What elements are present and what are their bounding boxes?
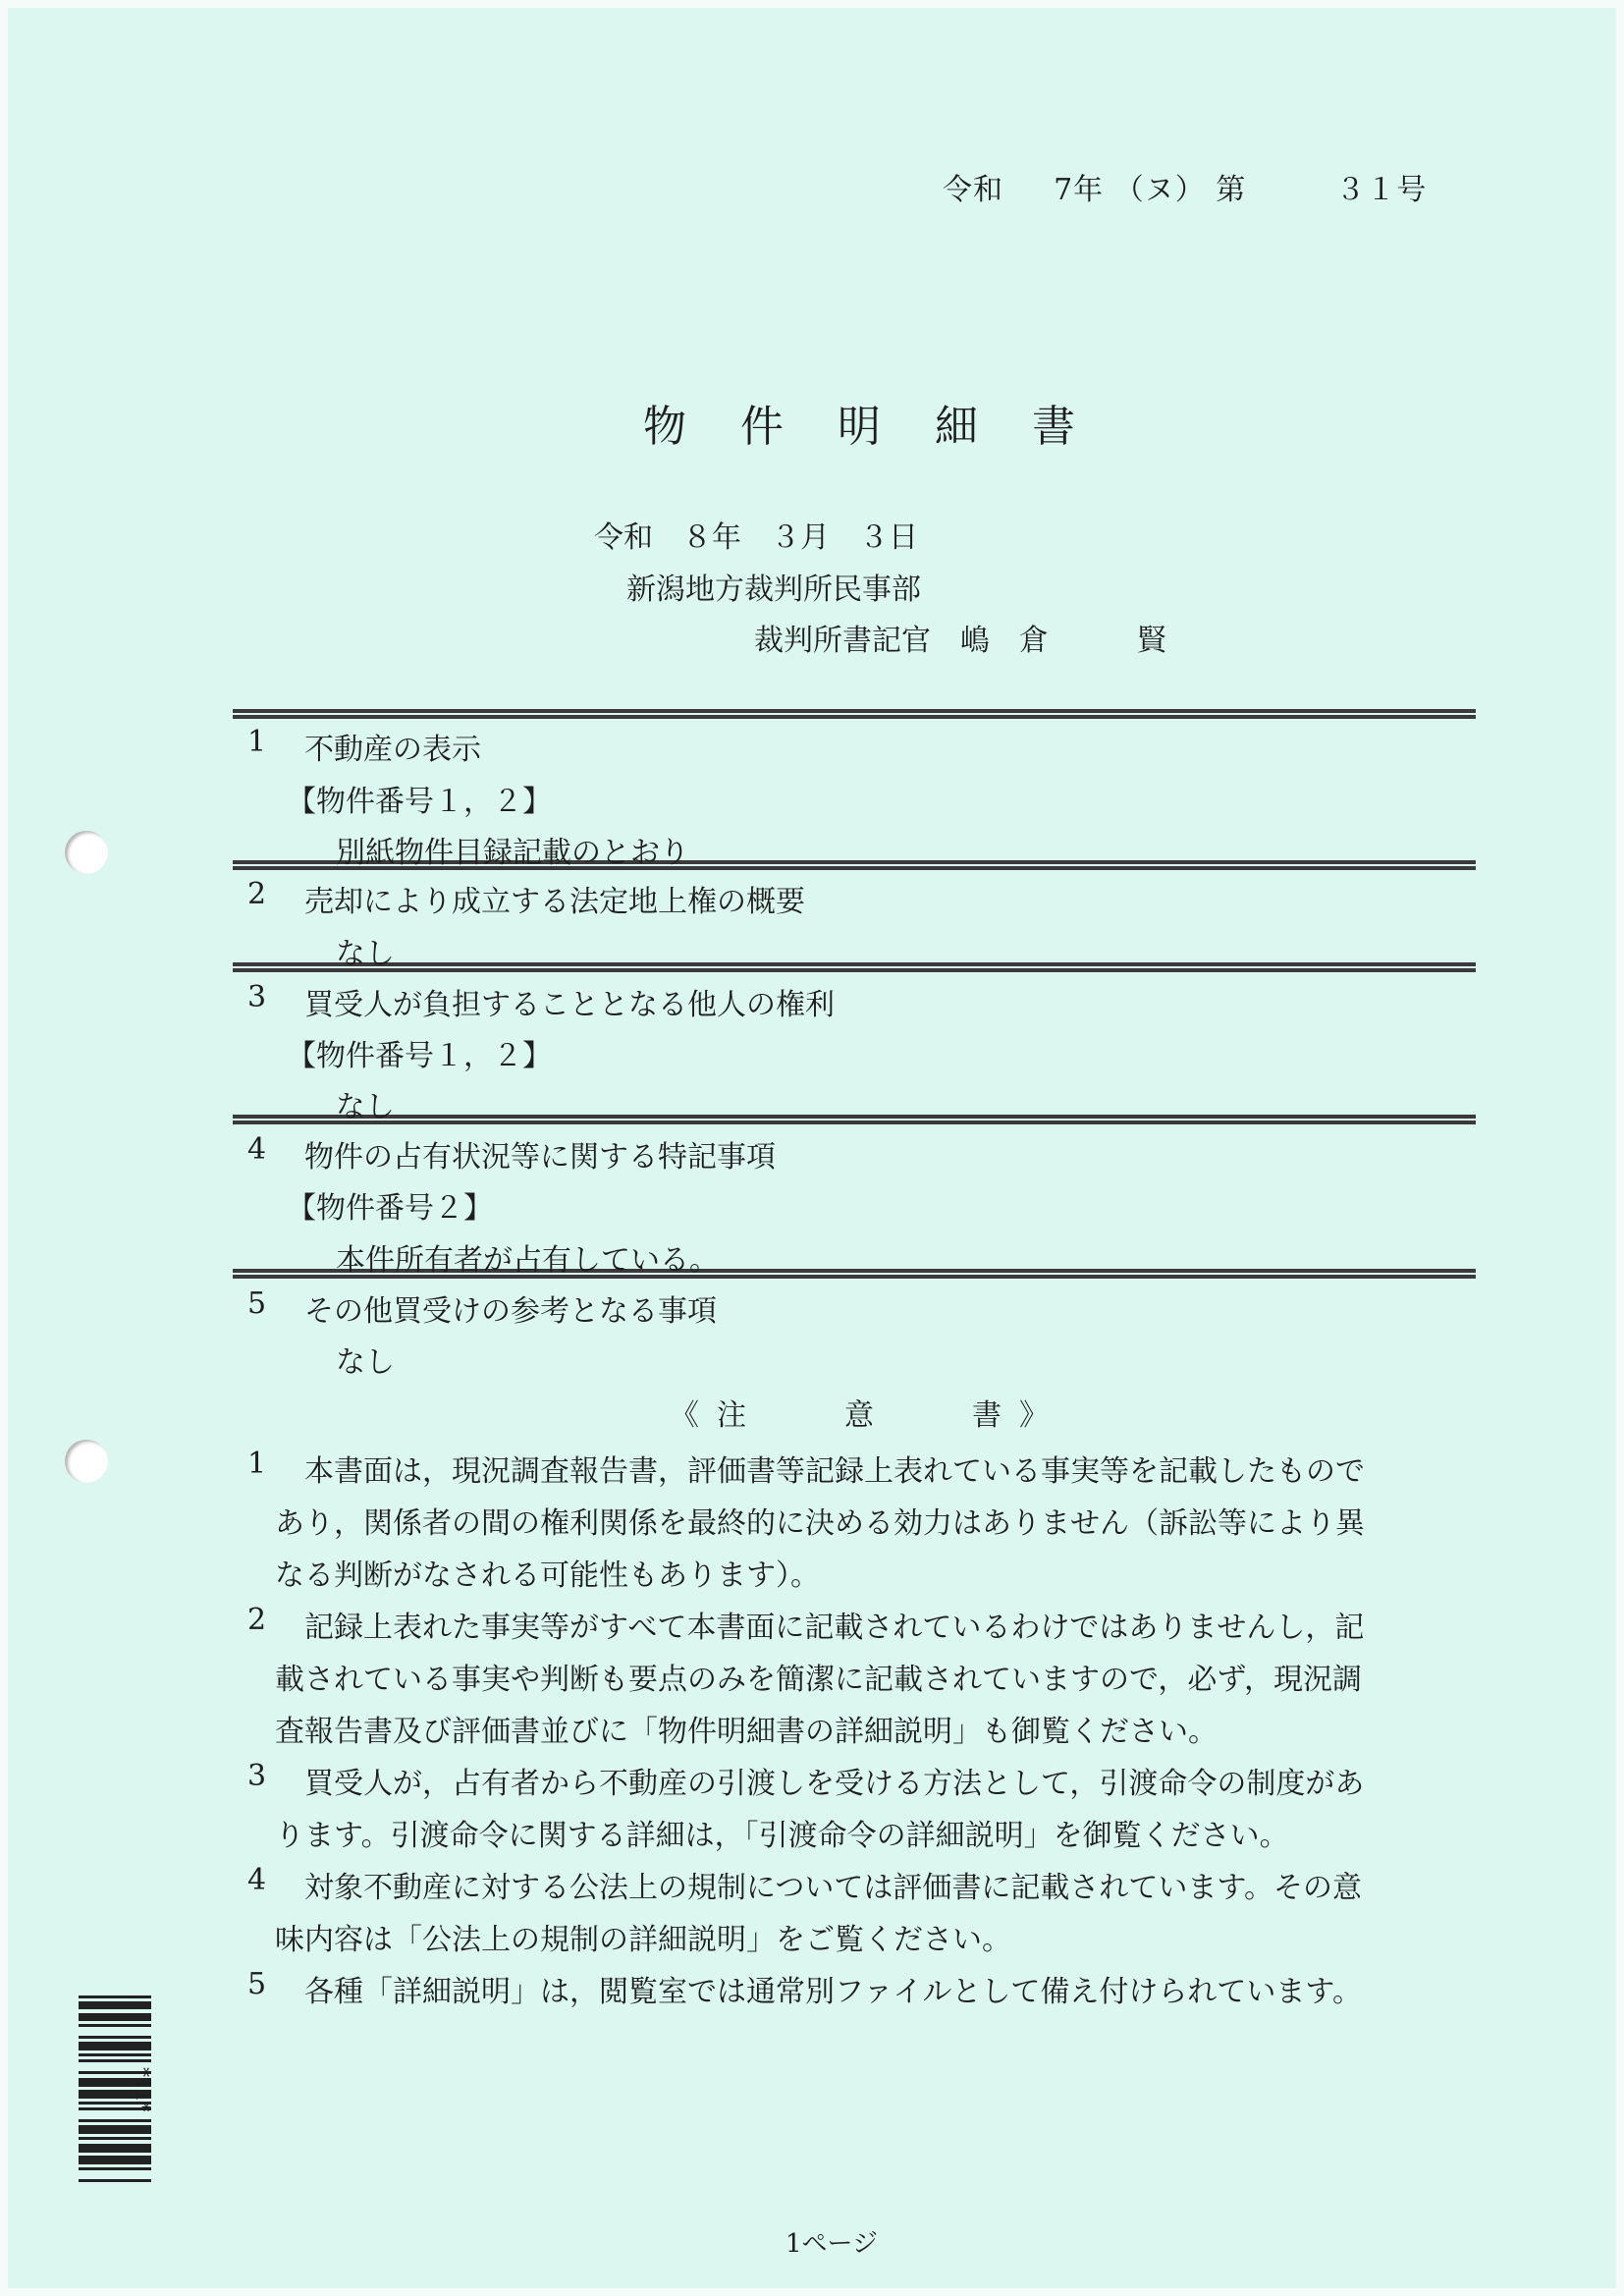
title-char: 件: [740, 391, 838, 454]
case-type: （ヌ）: [1114, 165, 1206, 208]
notice-number: 2: [247, 1603, 266, 1637]
issue-date: 令和 ８年 ３月 ３日: [594, 513, 918, 556]
section-number: 2: [247, 877, 266, 911]
notice-line: あり，関係者の間の権利関係を最終的に決める効力はありません（訴訟等により異: [275, 1499, 1365, 1542]
page-title: 物件明細書: [643, 391, 1129, 454]
title-char: 細: [935, 391, 1032, 454]
title-char: 明: [838, 391, 935, 454]
section-body: 本件所有者が占有している。: [336, 1235, 719, 1279]
section-number: 3: [247, 980, 266, 1014]
punch-hole-icon: [65, 831, 108, 874]
clerk-signature: 裁判所書記官嶋 倉 賢: [754, 616, 1166, 659]
notice-line: 記録上表れた事実等がすべて本書面に記載されているわけではありませんし，記: [304, 1603, 1364, 1646]
section-heading: 物件の占有状況等に関する特記事項: [304, 1132, 776, 1175]
section-heading: その他買受けの参考となる事項: [304, 1286, 717, 1330]
property-number-label: 【物件番号１，２】: [287, 777, 552, 820]
property-number-label: 【物件番号２】: [287, 1183, 493, 1227]
notice-bracket-open: 《: [670, 1391, 699, 1434]
section-body: 別紙物件目録記載のとおり: [336, 828, 689, 871]
case-dai: 第: [1216, 165, 1246, 208]
notice-bracket-close: 》: [1019, 1391, 1049, 1434]
property-number-label: 【物件番号１，２】: [287, 1031, 552, 1074]
notice-line: なる判断がなされる可能性もあります）。: [275, 1551, 820, 1594]
notice-char: 注: [717, 1391, 746, 1434]
clerk-title: 裁判所書記官: [754, 624, 931, 658]
notice-line: ります。引渡命令に関する詳細は，「引渡命令の詳細説明」を御覧ください。: [275, 1811, 1289, 1854]
section-divider: [233, 962, 1476, 972]
page-number: 1ページ: [785, 2223, 878, 2260]
section-body: なし: [336, 929, 395, 972]
notice-line: 各種「詳細説明」は，閲覧室では通常別ファイルとして備え付けられています。: [304, 1967, 1362, 2010]
notice-line: 味内容は「公法上の規制の詳細説明」をご覧ください。: [275, 1915, 1011, 1958]
notice-number: 5: [247, 1967, 266, 2001]
section-body: なし: [336, 1082, 395, 1125]
clerk-name: 嶋 倉 賢: [960, 624, 1166, 658]
section-divider: [233, 709, 1476, 719]
court-name: 新潟地方裁判所民事部: [626, 565, 921, 608]
notice-line: 対象不動産に対する公法上の規制については評価書に記載されています。その意: [304, 1863, 1362, 1906]
section-heading: 買受人が負担することとなる他人の権利: [304, 980, 835, 1023]
section-number: 5: [247, 1286, 266, 1321]
notice-number: 1: [247, 1447, 266, 1481]
section-number: 1: [247, 725, 266, 759]
notice-number: 4: [247, 1863, 266, 1897]
notice-number: 3: [247, 1759, 266, 1793]
barcode-label: *11*: [132, 2067, 155, 2111]
title-char: 物: [643, 391, 740, 454]
case-number-value: ３１号: [1335, 165, 1427, 208]
punch-hole-icon: [65, 1440, 108, 1483]
notice-char: 書: [972, 1391, 1001, 1434]
title-char: 書: [1032, 391, 1129, 454]
case-year: 7年: [1054, 165, 1104, 208]
section-divider: [233, 1115, 1476, 1124]
notice-char: 意: [844, 1391, 874, 1434]
notice-line: 買受人が，占有者から不動産の引渡しを受ける方法として，引渡命令の制度があ: [304, 1759, 1364, 1802]
section-body: なし: [336, 1338, 395, 1381]
section-heading: 不動産の表示: [304, 725, 481, 768]
notice-line: 載されている事実や判断も要点のみを簡潔に記載されていますので，必ず，現況調: [275, 1655, 1362, 1698]
section-heading: 売却により成立する法定地上権の概要: [304, 877, 805, 920]
section-number: 4: [247, 1132, 266, 1167]
notice-line: 本書面は，現況調査報告書，評価書等記録上表れている事実等を記載したもので: [304, 1447, 1365, 1490]
notice-heading: 《注意書》: [670, 1391, 1049, 1434]
case-era: 令和: [943, 165, 1003, 208]
notice-line: 査報告書及び評価書並びに「物件明細書の詳細説明」も御覧ください。: [275, 1707, 1218, 1750]
case-number: 令和 7年 （ヌ） 第 ３１号: [943, 165, 1427, 208]
